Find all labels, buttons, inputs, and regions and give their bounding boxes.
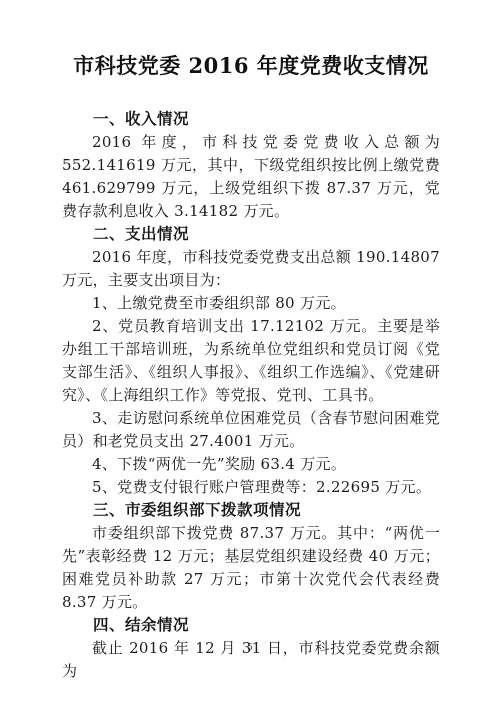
paragraph-expenditure-summary: 2016 年度，市科技党委党费支出总额 190.14807 万元，主要支出项目为… — [62, 246, 440, 292]
paragraph-expense-item-5: 5、党费支付银行账户管理费等：2.22695 万元。 — [62, 476, 440, 499]
section-heading-expenditure: 二、支出情况 — [62, 223, 440, 246]
paragraph-expense-item-2: 2、党员教育培训支出 17.12102 万元。主要是举办组工干部培训班，为系统单… — [62, 315, 440, 407]
section-heading-balance: 四、结余情况 — [62, 614, 440, 637]
paragraph-income-summary: 2016 年度，市科技党委党费收入总额为 552.141619 万元，其中，下级… — [62, 131, 440, 223]
section-allocation: 三、市委组织部下拨款项情况 市委组织部下拨党费 87.37 万元。其中：“两优一… — [62, 499, 440, 614]
paragraph-expense-item-3: 3、走访慰问系统单位困难党员（含春节慰问困难党员）和老党员支出 27.4001 … — [62, 407, 440, 453]
document-title: 市科技党委 2016 年度党费收支情况 — [62, 52, 440, 80]
paragraph-allocation-summary: 市委组织部下拨党费 87.37 万元。其中：“两优一先”表彰经费 12 万元；基… — [62, 522, 440, 614]
paragraph-expense-item-1: 1、上缴党费至市委组织部 80 万元。 — [62, 292, 440, 315]
section-expenditure: 二、支出情况 2016 年度，市科技党委党费支出总额 190.14807 万元，… — [62, 223, 440, 499]
section-heading-allocation: 三、市委组织部下拨款项情况 — [62, 499, 440, 522]
page-number: 5 — [0, 643, 500, 653]
section-income: 一、收入情况 2016 年度，市科技党委党费收入总额为 552.141619 万… — [62, 108, 440, 223]
paragraph-expense-item-4: 4、下拨“两优一先”奖励 63.4 万元。 — [62, 453, 440, 476]
document-content: 市科技党委 2016 年度党费收支情况 一、收入情况 2016 年度，市科技党委… — [62, 52, 440, 683]
section-heading-income: 一、收入情况 — [62, 108, 440, 131]
document-page: 市科技党委 2016 年度党费收支情况 一、收入情况 2016 年度，市科技党委… — [0, 0, 500, 707]
